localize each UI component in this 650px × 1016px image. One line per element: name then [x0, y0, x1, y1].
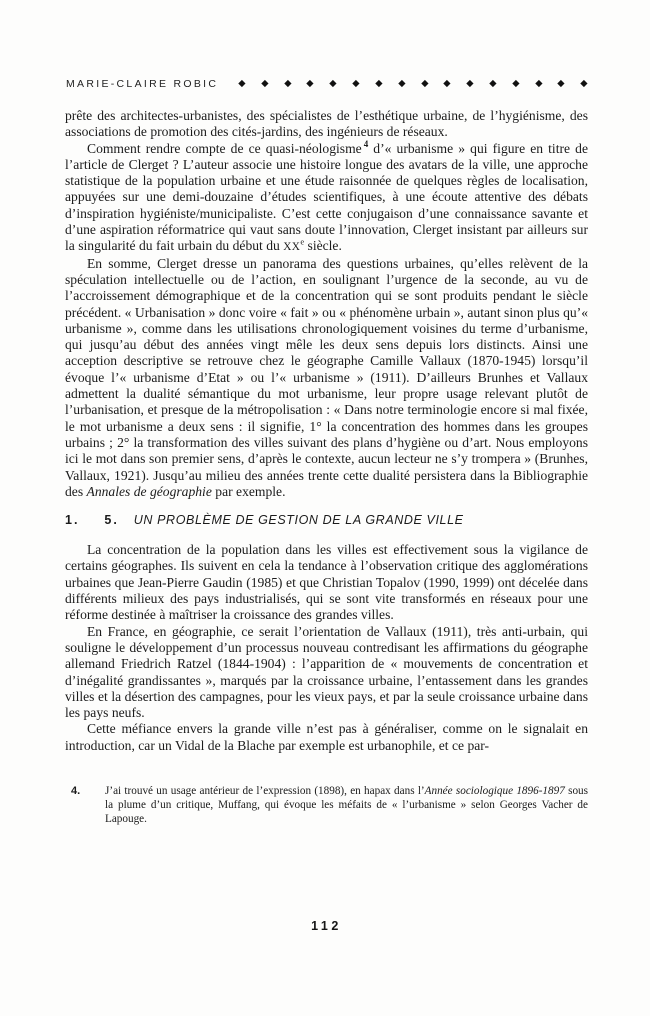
diamond-icon: ◆ [375, 79, 382, 89]
paragraph: prête des architectes-urbanistes, des sp… [65, 108, 588, 141]
diamond-icon: ◆ [421, 79, 428, 89]
paragraph: La concentration de la population dans l… [65, 542, 588, 623]
section-title: UN PROBLÈME DE GESTION DE LA GRANDE VILL… [134, 513, 464, 527]
diamond-icon: ◆ [307, 79, 314, 89]
text-segment: Annales de géographie [87, 484, 212, 499]
text-segment: prête des architectes-urbanistes, des sp… [65, 108, 588, 139]
diamond-icon: ◆ [535, 79, 542, 89]
text-segment: La concentration de la population dans l… [65, 542, 588, 622]
text-segment: d’« urbanisme » qui figure en titre de l… [65, 141, 588, 254]
diamond-icon: ◆ [580, 79, 587, 89]
text-segment: J’ai trouvé un usage antérieur de l’expr… [105, 785, 425, 797]
text-segment: par exemple. [212, 484, 286, 499]
section-heading: 1. 5.UN PROBLÈME DE GESTION DE LA GRANDE… [65, 513, 588, 527]
paragraph: Comment rendre compte de ce quasi-néolog… [65, 141, 588, 256]
diamond-icon: ◆ [558, 79, 565, 89]
diamond-icon: ◆ [284, 79, 291, 89]
text-segment: Comment rendre compte de ce quasi-néolog… [87, 141, 362, 156]
diamond-icon: ◆ [512, 79, 519, 89]
diamond-icon: ◆ [329, 79, 336, 89]
text-segment: siècle. [304, 238, 342, 253]
diamond-icon: ◆ [238, 79, 245, 89]
diamond-separator: ◆◆◆◆◆◆◆◆◆◆◆◆◆◆◆◆ [238, 79, 588, 89]
paragraph: Cette méfiance envers la grande ville n’… [65, 721, 588, 754]
footnote-text: J’ai trouvé un usage antérieur de l’expr… [105, 785, 588, 827]
page-number: 112 [65, 919, 588, 933]
text-segment: Année sociologique 1896-1897 [425, 785, 565, 797]
document-page: MARIE-CLAIRE ROBIC ◆◆◆◆◆◆◆◆◆◆◆◆◆◆◆◆ prêt… [0, 0, 650, 1016]
footnote-number: 4. [65, 785, 105, 827]
paragraph: En France, en géographie, ce serait l’or… [65, 624, 588, 722]
section-number: 1. 5. [65, 513, 119, 527]
footnote: 4.J’ai trouvé un usage antérieur de l’ex… [65, 785, 588, 827]
diamond-icon: ◆ [489, 79, 496, 89]
text-segment: Cette méfiance envers la grande ville n’… [65, 721, 588, 752]
text-segment: En somme, Clerget dresse un panorama des… [65, 256, 588, 499]
diamond-icon: ◆ [466, 79, 473, 89]
text-segment: En France, en géographie, ce serait l’or… [65, 624, 588, 720]
document-body: prête des architectes-urbanistes, des sp… [65, 108, 588, 827]
running-head: MARIE-CLAIRE ROBIC ◆◆◆◆◆◆◆◆◆◆◆◆◆◆◆◆ [66, 78, 588, 90]
diamond-icon: ◆ [444, 79, 451, 89]
running-head-author: MARIE-CLAIRE ROBIC [66, 78, 218, 90]
diamond-icon: ◆ [398, 79, 405, 89]
text-segment: XX [283, 241, 300, 253]
diamond-icon: ◆ [261, 79, 268, 89]
paragraph: En somme, Clerget dresse un panorama des… [65, 256, 588, 500]
diamond-icon: ◆ [352, 79, 359, 89]
